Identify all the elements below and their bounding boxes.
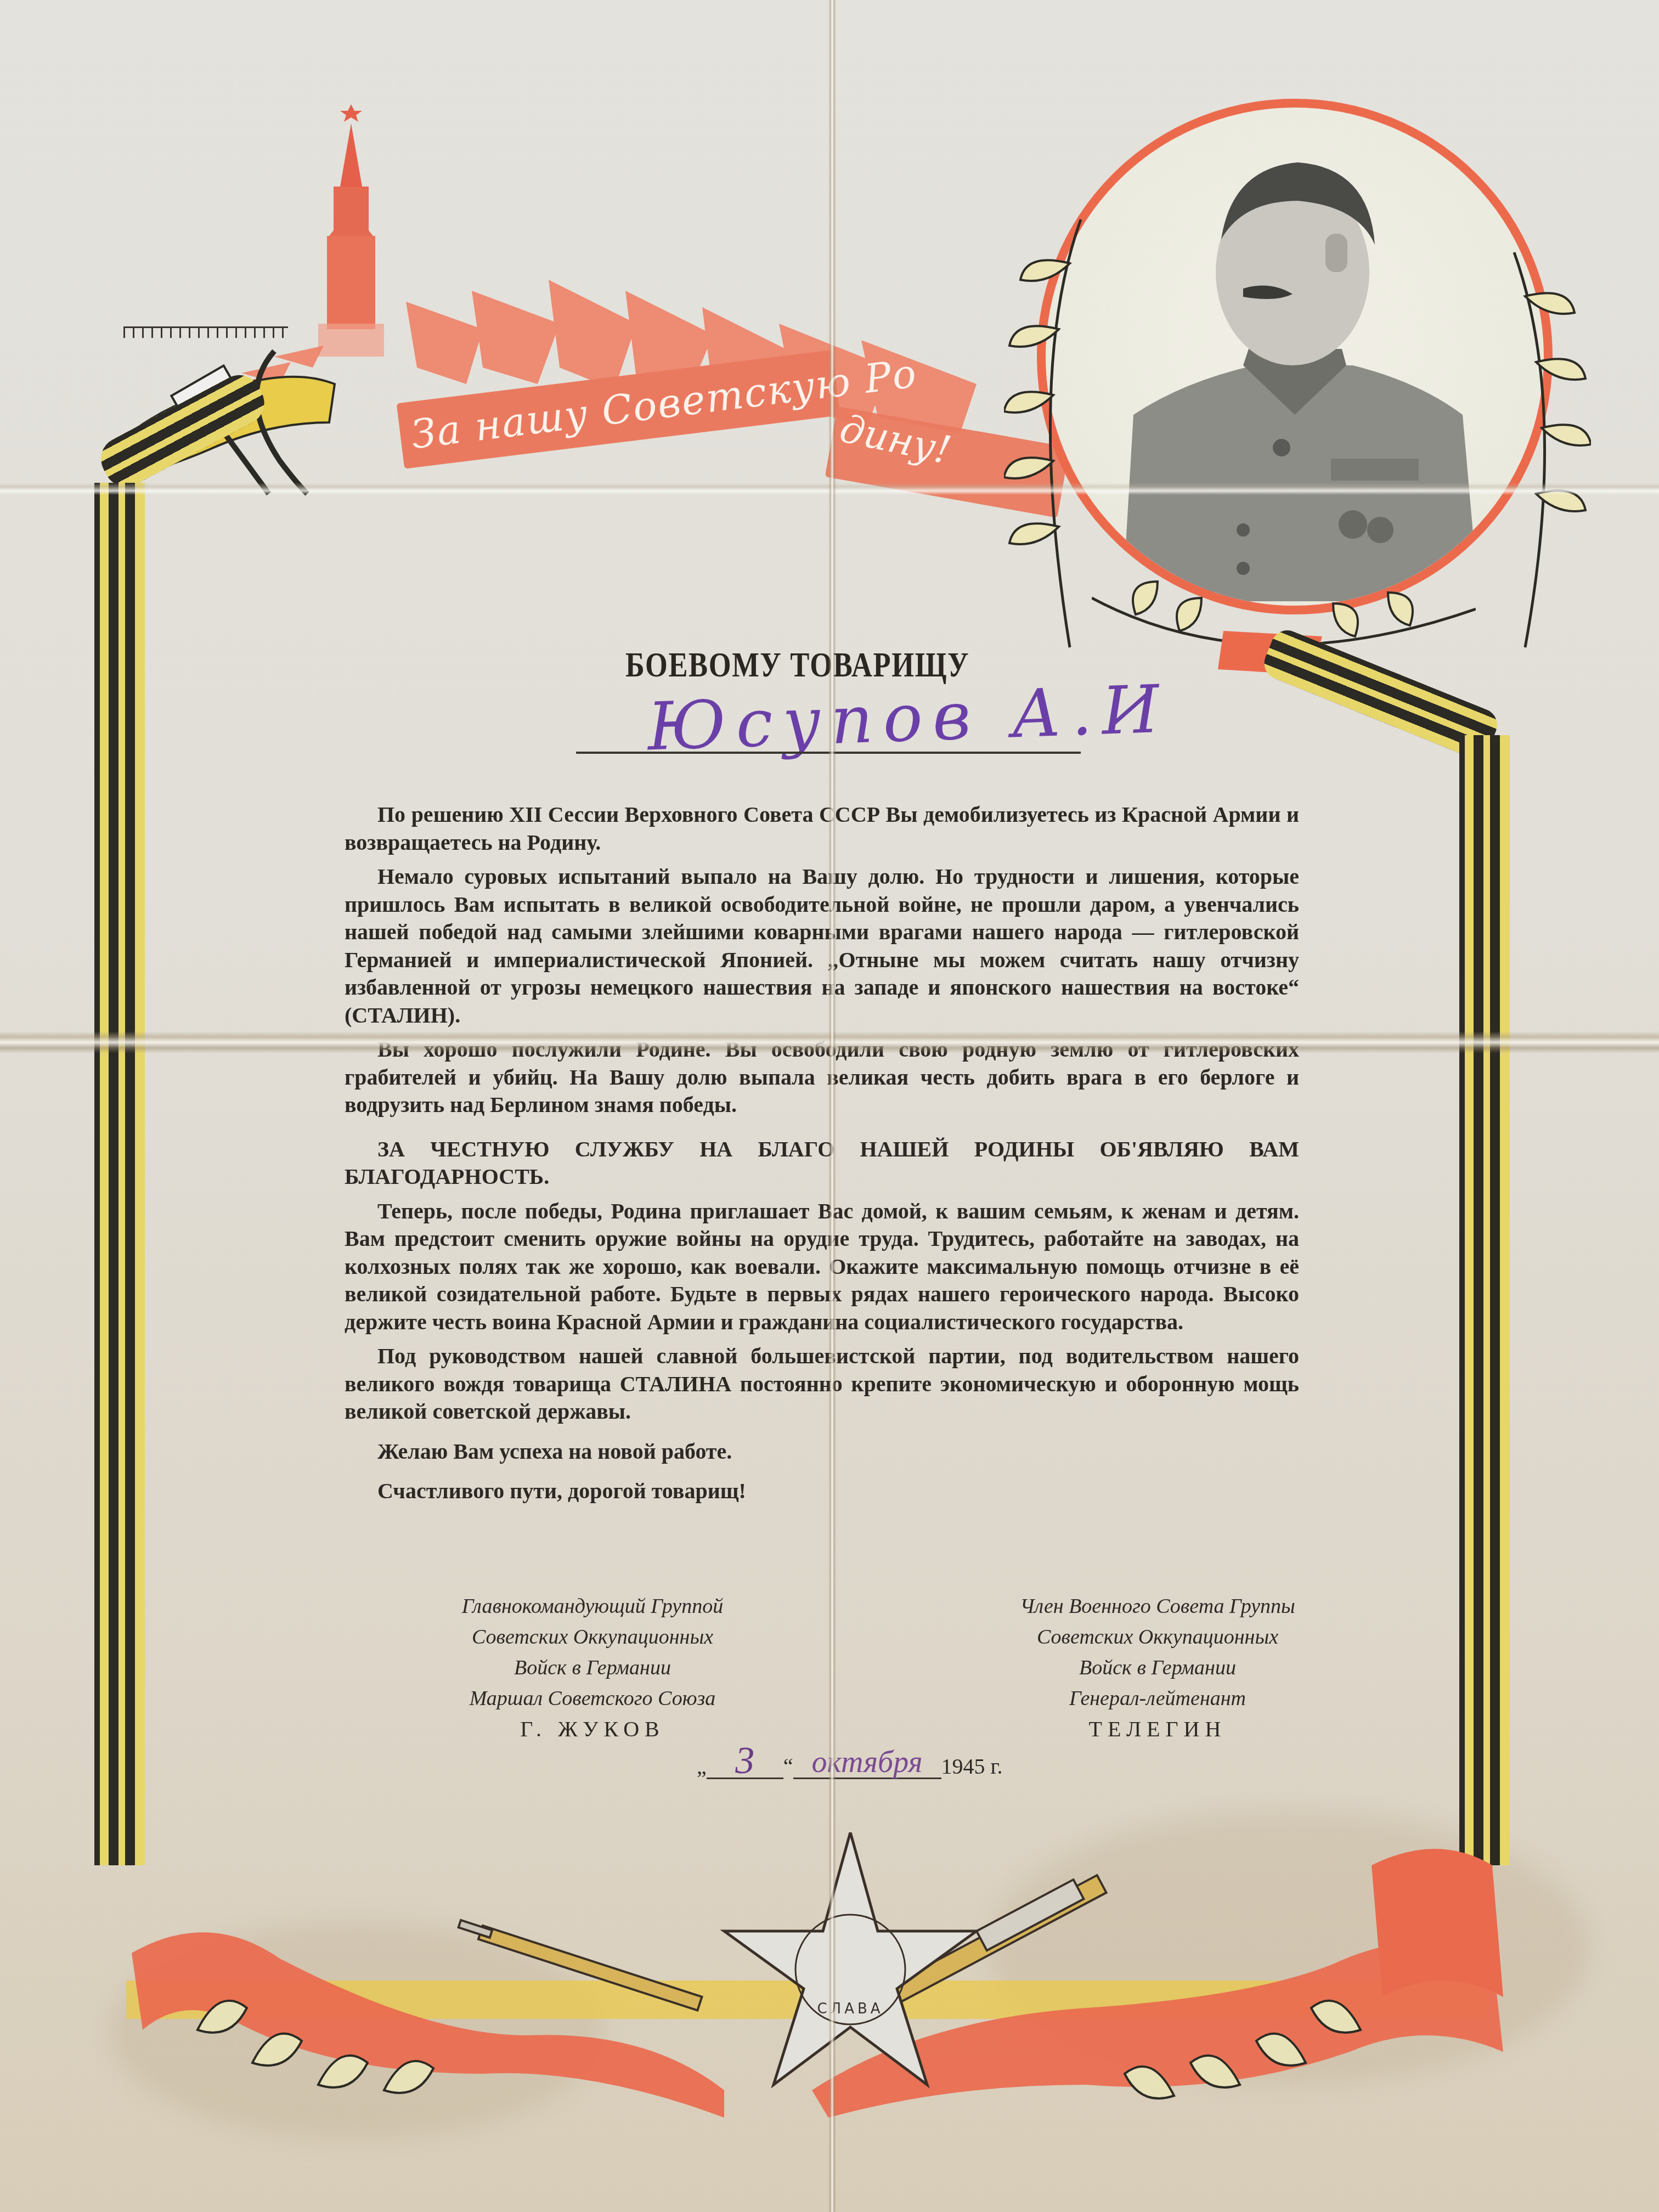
gratitude-declaration: ЗА ЧЕСТНУЮ СЛУЖБУ НА БЛАГО НАШЕЙ РОДИНЫ … [345, 1136, 1299, 1191]
date-day-handwritten: 3 [707, 1745, 783, 1779]
st-george-ribbon-right-border [1459, 735, 1510, 1865]
body-paragraph: По решению XII Сессии Верховного Совета … [345, 801, 1299, 856]
laurel-branch-right [1481, 241, 1591, 658]
bottom-decoration: СЛАВА [99, 1832, 1580, 2140]
signature-title-line: Войск в Германии [422, 1652, 763, 1683]
signatures-block: Главнокомандующий Группой Советских Окку… [422, 1591, 1328, 1745]
svg-text:СЛАВА: СЛАВА [817, 2001, 883, 2017]
body-paragraph: Немало суровых испытаний выпало на Вашу … [345, 863, 1299, 1029]
document-body: По решению XII Сессии Верховного Совета … [345, 801, 1299, 1512]
signatory-name: ТЕЛЕГИН [988, 1714, 1328, 1745]
issue-date: „ 3 “ октября 1945 г. [697, 1745, 1002, 1779]
paper-fold-vertical [828, 0, 836, 2212]
body-paragraph: Теперь, после победы, Родина приглашает … [345, 1198, 1299, 1336]
date-close-quote: “ [783, 1753, 793, 1779]
signature-title-line: Генерал-лейтенант [988, 1683, 1328, 1714]
signature-title-line: Маршал Советского Союза [422, 1683, 763, 1714]
body-paragraph: Счастливого пути, дорогой товарищ! [345, 1477, 1299, 1505]
body-paragraph: Желаю Вам успеха на новой работе. [345, 1438, 1299, 1466]
portrait-figure [1046, 108, 1544, 606]
signature-left: Главнокомандующий Группой Советских Окку… [422, 1591, 763, 1745]
date-month-handwritten: октября [793, 1747, 941, 1779]
date-open-quote: „ [697, 1753, 707, 1779]
signature-title-line: Главнокомандующий Группой [422, 1591, 763, 1622]
signature-title-line: Советских Оккупационных [422, 1622, 763, 1652]
signatory-name: Г. ЖУКОВ [422, 1714, 763, 1745]
document-title: БОЕВОМУ ТОВАРИЩУ [625, 645, 969, 685]
signature-right: Член Военного Совета Группы Советских Ок… [988, 1591, 1328, 1745]
body-paragraph: Под руководством нашей славной большевис… [345, 1342, 1299, 1426]
portrait-medallion [1037, 99, 1553, 614]
date-year: 1945 г. [941, 1753, 1003, 1779]
signature-title-line: Войск в Германии [988, 1652, 1328, 1683]
signature-title-line: Член Военного Совета Группы [988, 1591, 1328, 1622]
rifle-left [459, 1920, 702, 2011]
signature-title-line: Советских Оккупационных [988, 1622, 1328, 1652]
st-george-ribbon-left-border [94, 483, 145, 1865]
